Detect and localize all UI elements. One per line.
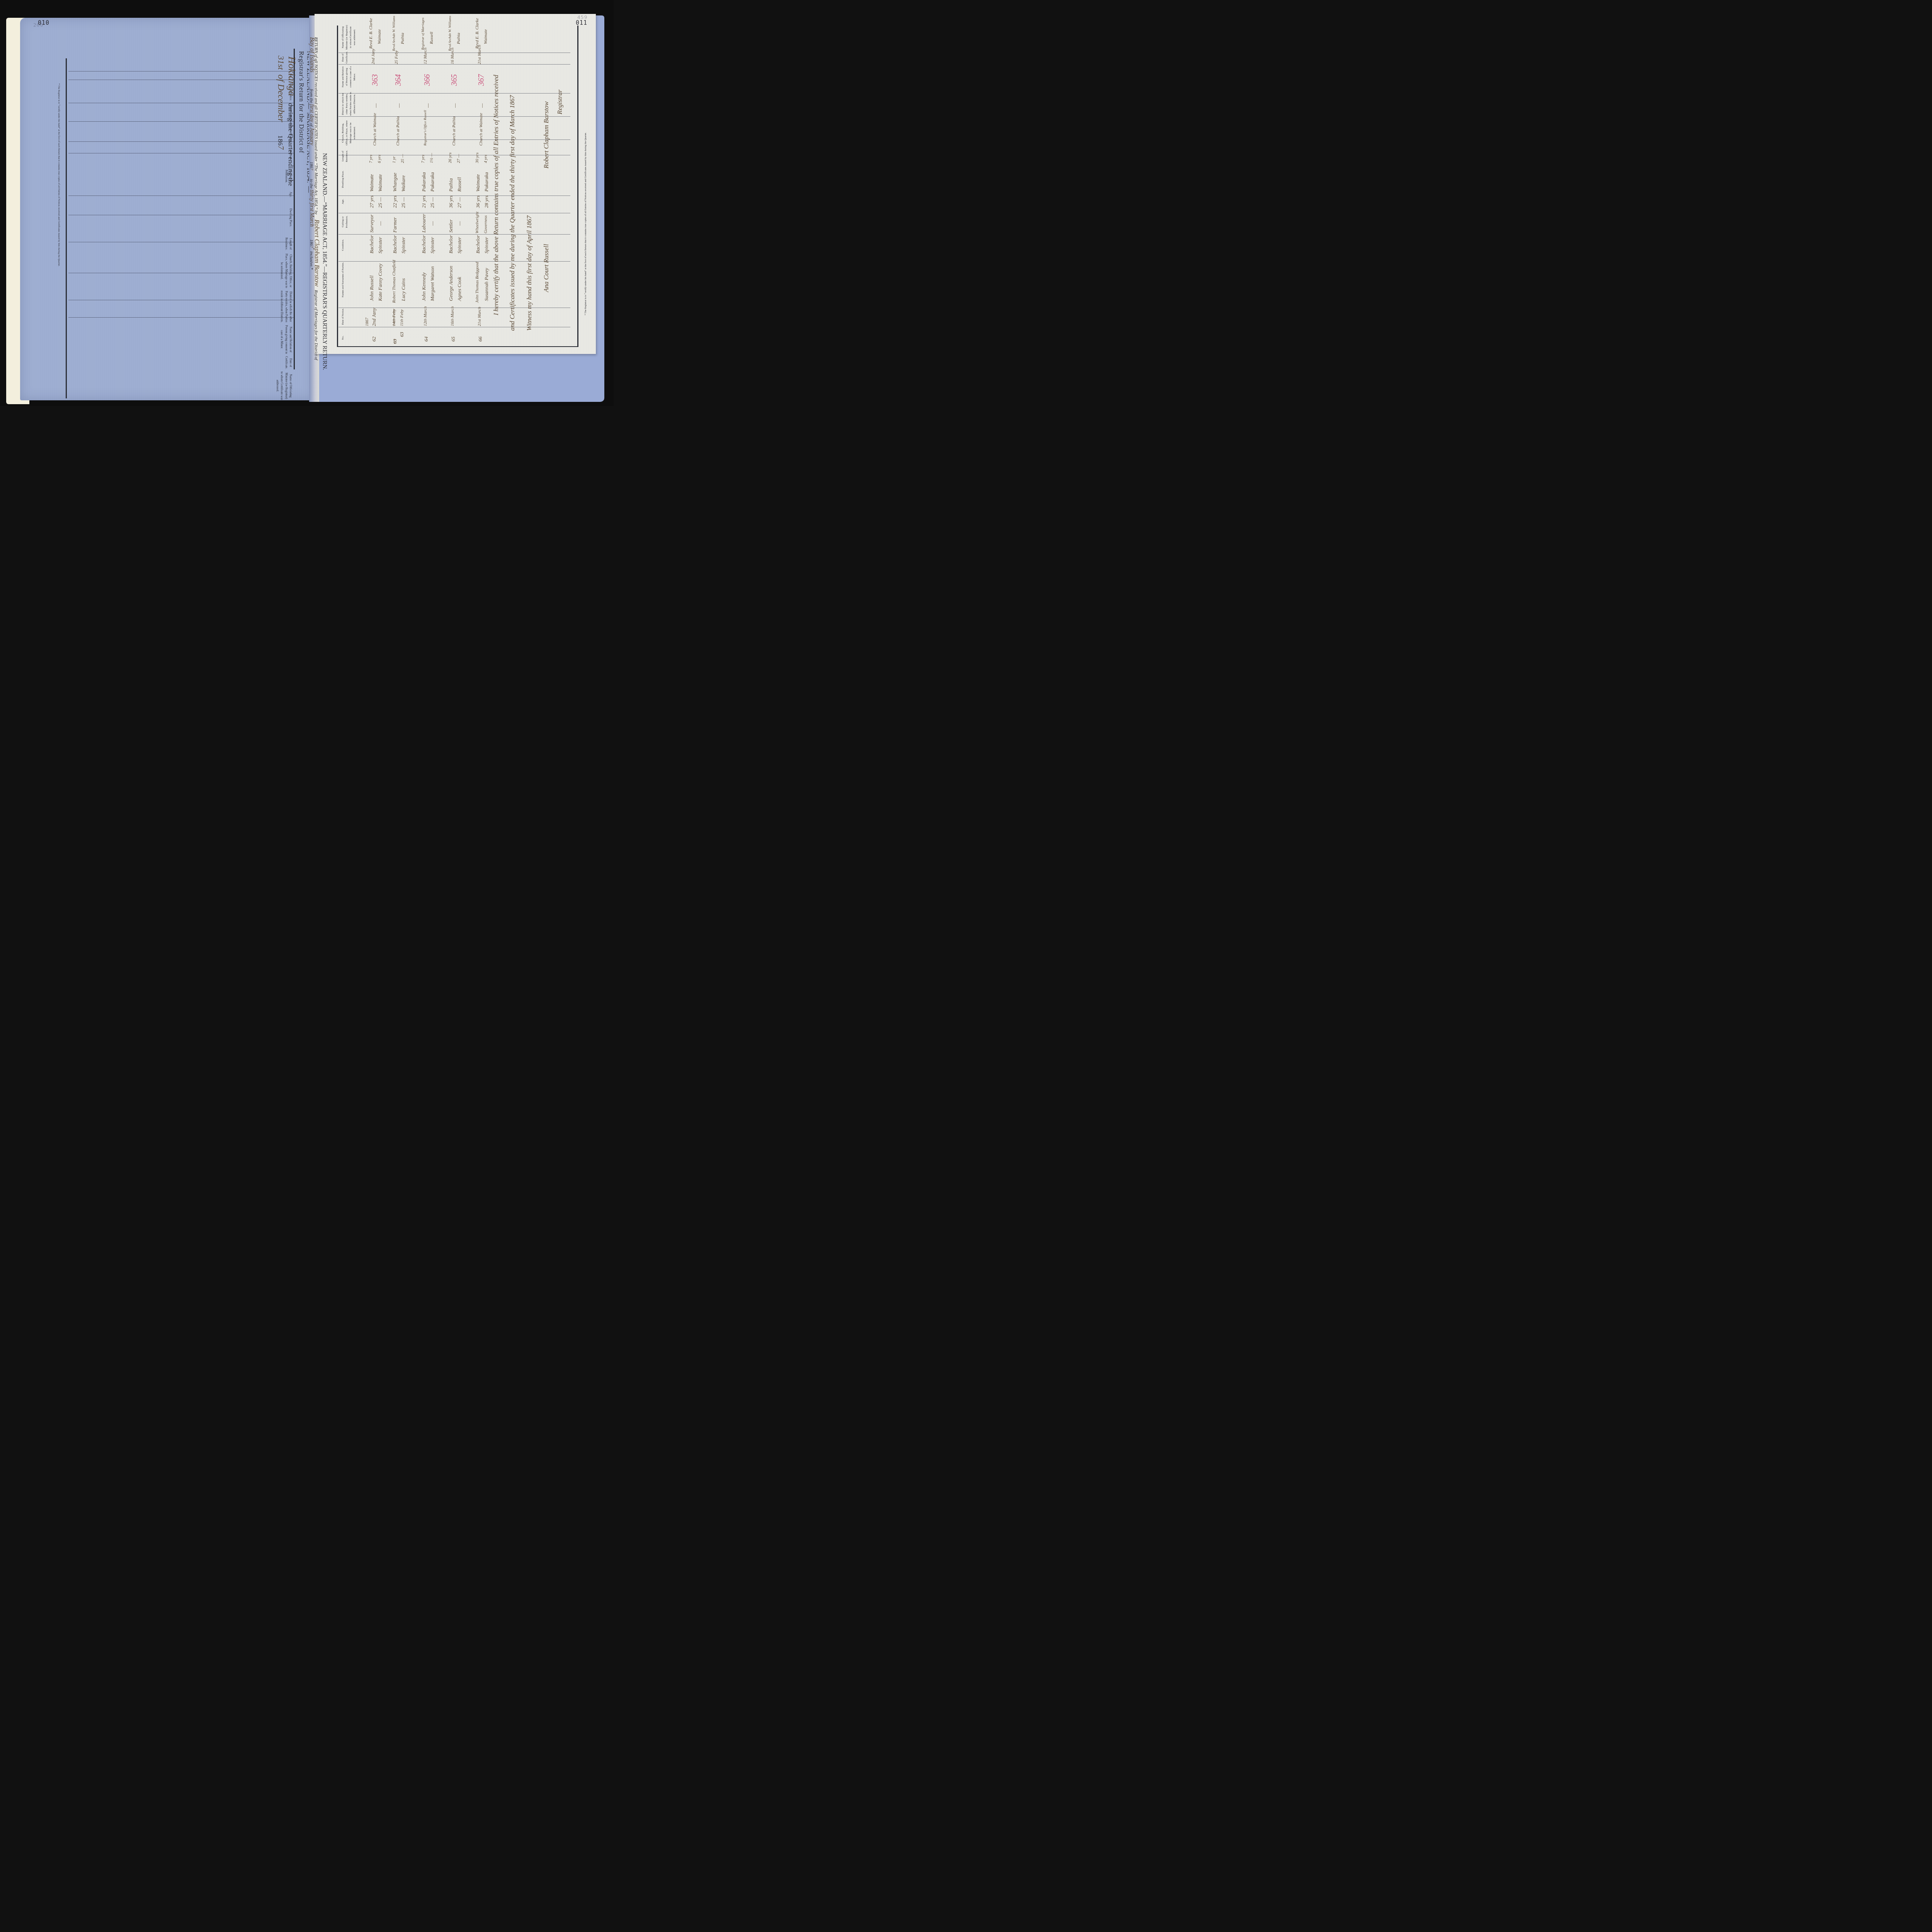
entry-date: 16th March [450,306,455,326]
entry-no: 62 [371,337,377,342]
party2-residence: 27 — [456,154,461,163]
lhdr-district: District in which the other Party reside… [280,290,293,323]
right-page: 459 011 NEW ZEALAND.—“MARRIAGE ACT, 1854… [315,14,596,354]
rhdr-minister: Name of Officiating Minister (or Registr… [341,25,357,50]
rhdr-no: No. [341,330,345,345]
rhdr-names: Names and Surnames of Parties. [341,257,345,303]
lhdr-cert-date: Date of Certificate. [284,356,293,369]
party2-condition: Spinster [377,237,383,253]
other-district: — [396,103,402,108]
party1-condition: Bachelor [421,235,427,253]
left-title-italic: Registrar's Return for the District of [298,51,305,153]
consent-number: 364 [394,74,403,86]
left-quarter-month: of December [276,75,286,122]
party2-age: 25 — [377,197,383,208]
left-year-hand: 7 [276,146,285,150]
right-header-title: NEW ZEALAND.—“MARRIAGE ACT, 1854.”—REGIS… [321,37,328,370]
of-text: of [309,123,314,127]
cert-line-3: Witness my hand this first day of April … [526,216,533,331]
entry-no: 64 [423,337,429,342]
party1-calling: Labourer [421,214,427,233]
to-month: March [309,213,315,227]
entry-no: 66 [477,337,483,342]
party1-age: 36 yrs [448,196,454,208]
rhdr-district: District in which the other Party reside… [341,90,357,117]
lhdr-minister: Name of Officiating Minister (or Registr… [276,371,293,400]
left-page-title: NEW ZEALAND.—“MARRIAGE ACT, 1854.”—Regis… [276,51,313,193]
entry-no-struck: 63 [392,339,398,344]
consent-number: 363 [371,74,380,86]
entry-date: 21st March [477,307,482,326]
consent-number: 367 [477,74,486,86]
party1-dwelling: Paihia [448,178,454,192]
party1-age: 21 yrs [421,196,427,208]
party2-condition: Spinster [429,237,435,253]
party2-age: 25 — [400,197,406,208]
party1-name: John Thomas Bedggood [475,262,480,303]
party2-dwelling: Waimate [377,174,383,192]
party1-dwelling: Waimate [369,174,375,192]
right-bottom-rule [337,346,578,347]
from-month: January [309,128,315,145]
party2-residence: 4 yrs [483,155,488,163]
party1-calling: Surveyor [369,214,375,233]
right-footnote: * The Registrar is to “certify under his… [581,132,588,315]
left-thick-rule [66,58,67,398]
left-page: 200 010 No. Date of Notice. Names and Su… [20,18,314,400]
party1-age: 27 yrs [369,196,375,208]
rhdr-church: Church, Building, Office, or Place, wher… [341,119,357,146]
cert-signature: Robert Clapham Barstow [543,101,550,168]
party1-condition: Bachelor [392,235,398,253]
rhdr-residence: Length of Residence. [341,148,349,164]
inclusive-text: inclusive.* [309,251,314,269]
cert-place: Ana Court Russell [543,244,550,292]
rhdr-dwelling: Dwelling Place. [341,166,345,193]
party1-dwelling: Whangae [392,173,398,192]
party1-residence: 30 yrs [475,153,480,163]
party2-condition: Spinster [400,237,406,253]
party1-condition: Bachelor [475,235,481,253]
church: Church at Paihia [396,116,400,146]
rhdr-consent: Name and Relation of Person giving conse… [341,65,357,88]
cert-date: 12 March [423,48,428,64]
to-day: thirty first [309,190,315,211]
minister-place: Waimate [377,29,382,44]
party2-name: Susannah Pavey [483,268,490,301]
left-page-number: 010 [38,19,49,26]
party1-dwelling: Waimate [475,174,481,192]
party2-age: 27 — [456,197,463,208]
consent-number: 365 [450,74,459,86]
year-a-hand: 7 [309,168,314,170]
year-a: 186 [309,162,314,168]
right-district: Bay of Islands [309,37,315,73]
other-district: — [425,103,431,108]
minister-place: Paihia [400,33,405,44]
party2-dwelling: Pakaraka [429,172,435,192]
party2-calling: — [377,221,383,226]
left-year-printed: 186 [277,135,284,146]
party1-residence: 7 yrs [421,155,425,163]
party1-name: George Anderson [448,266,454,301]
party1-condition: Bachelor [369,235,375,253]
entry-row: 62 1867 2nd Jany John Russell Kate Fanny… [369,25,388,345]
year-b: 186 [309,240,314,246]
document-scan: 200 010 No. Date of Notice. Names and Su… [0,0,614,406]
entry-date: 11th Feby [400,310,404,326]
party2-residence: 25 — [400,154,405,163]
rhdr-calling: Calling or Profession. [341,210,349,233]
party1-residence: 26 yrs [448,153,452,163]
from-day: first day [309,104,315,122]
party2-age: 25 — [429,197,435,208]
rhdr-condition: Condition. [341,235,345,255]
party1-residence: 1 yr [392,156,396,163]
minister: Revd E. B. Clarke [369,18,373,49]
right-column-headers: No. Date of Notice. Names and Surnames o… [339,25,362,345]
right-period-line: Bay of Islands from the first day of Jan… [308,37,315,270]
right-subheader-b: Registrar of Marriages for the District … [314,290,318,360]
party2-dwelling: Waikare [400,175,406,192]
minister: Revd Archdn W. Williams [392,16,396,51]
church: Church at Waimate [479,113,483,146]
minister: Registrar of Marriages [421,17,425,50]
party1-dwelling: Pakaraka [421,172,427,192]
entry-year: 1867 [365,318,369,326]
rhdr-cert-date: Date of Certificate. [341,52,349,63]
lhdr-consent: Name and Relation of Person giving conse… [280,325,293,354]
party2-age: 28 yrs [483,196,490,208]
year-b-hand: 7 [309,246,314,248]
party2-calling: Governess [483,216,488,233]
entry-row: 63 63 14th Feby 11th Feby Robert Thomas … [392,25,411,345]
left-footnote: * The Registrar is to “certify under his… [56,83,63,267]
cert-date: 25 Feby [394,50,399,64]
entry-row: 65 16th March George Anderson Agnes Cook… [448,25,467,345]
rhdr-age: Age. [341,195,345,208]
minister-place: Paihia [456,33,461,44]
party2-calling: — [456,221,463,226]
minister: Revd E. B. Clarke [475,18,480,49]
left-quarter-day: 31st [276,56,286,70]
rhdr-date: Date of Notice. [341,305,345,328]
party2-dwelling: Russell [456,177,463,192]
party1-calling: Settler [448,219,454,233]
church: Church at Paihia [452,116,456,146]
party1-name: Robert Thomas Chatfield [392,260,396,303]
entry-date: 12th March [423,306,428,326]
left-quarter-text: during the Quarter ending the [287,103,294,187]
right-header-rule [337,26,338,346]
party1-name: John Kennedy [421,272,427,301]
entry-row: 64 12th March John Kennedy Margaret Wats… [421,25,440,345]
left-row-rule [68,71,294,71]
church: Church at Waimate [372,113,377,146]
party2-residence: 6 yrs [377,155,382,163]
party1-calling: Farmer [392,217,398,233]
church: Registrar's Office Russell [423,110,427,146]
minister-place: Russell [429,32,434,44]
party1-condition: Bachelor [448,235,454,253]
party2-name: Kate Fanny Covey [377,264,383,301]
lhdr-residence: Length of Residence. [284,236,293,252]
party2-residence: 1½ — [429,153,434,163]
cert-line-1: I hereby certify that the above Return c… [492,75,500,315]
entry-date-struck: 14th Feby [392,309,396,326]
cert-line-2: and Certificates issued by me during the… [509,95,516,331]
cert-title: Registrar [556,90,564,114]
entry-no: 65 [450,337,456,342]
from-text: from the [309,89,314,103]
lhdr-church: Church, Building, Office, or Place, wher… [280,253,293,288]
consent-number: 366 [423,74,432,86]
party2-condition: Spinster [456,237,463,253]
cert-date: 2nd Jany [371,49,376,64]
minister-place: Waimate [483,29,488,44]
party2-condition: Spinster [483,237,490,253]
other-district: — [372,103,379,108]
entry-row: 66 21st March John Thomas Bedggood Susan… [475,25,494,345]
right-page-header: NEW ZEALAND.—“MARRIAGE ACT, 1854.”—REGIS… [321,37,328,370]
to-text: to the [309,179,314,189]
entry-date: 2nd Jany [371,308,377,326]
party2-name: Lucy Cains [400,278,406,301]
lhdr-dwelling: Dwelling Place. [289,201,293,234]
party2-dwelling: Pakaraka [483,172,490,192]
minister: Revd Archdn W. Williams [448,16,452,51]
party1-age: 36 yrs [475,196,481,208]
entry-no: 63 [399,332,405,337]
party1-calling: Wheelwright [475,212,480,233]
party1-name: John Russell [369,276,375,301]
certification-block: I hereby certify that the above Return c… [492,22,581,331]
other-district: — [479,103,485,108]
left-district: Hokianga [286,56,298,96]
party2-calling: — [429,221,435,226]
party1-residence: 7 yrs [369,155,373,163]
other-district: — [452,103,458,108]
party1-age: 22 yrs [392,196,398,208]
party2-name: Margaret Watson [429,266,435,301]
party2-name: Agnes Cook [456,277,463,301]
